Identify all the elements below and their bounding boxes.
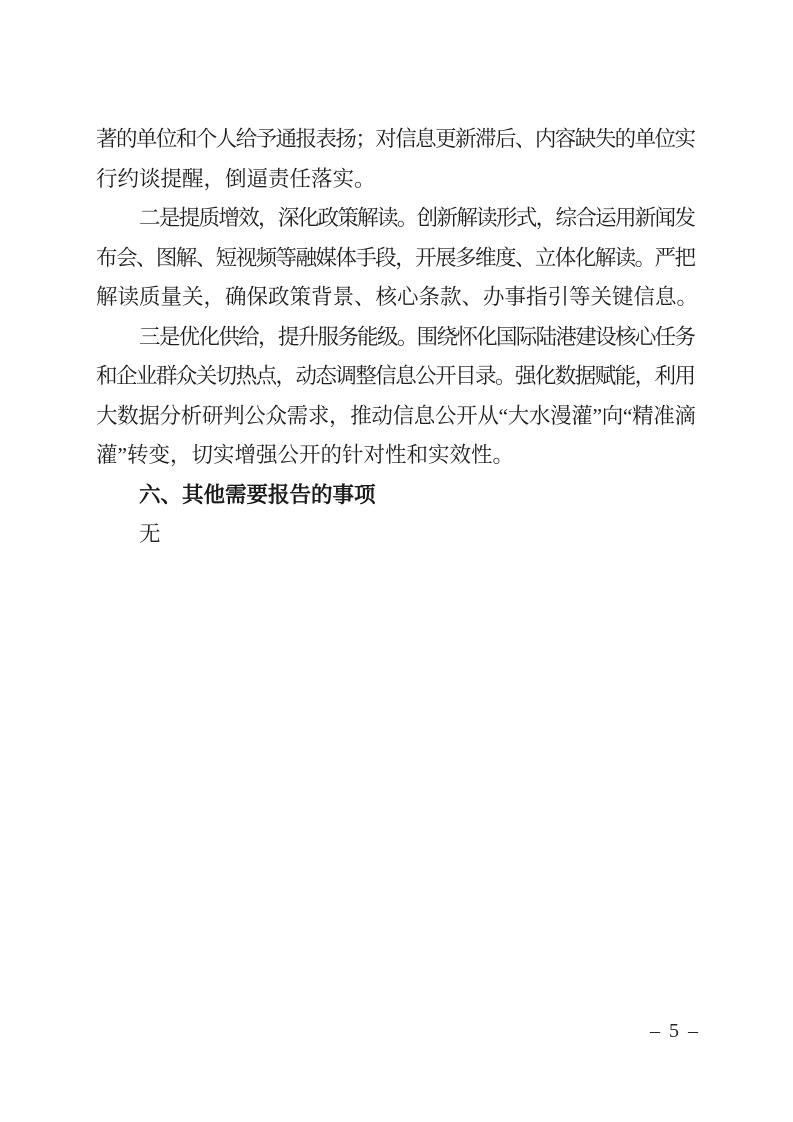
text-line: 布会、图解、短视频等融媒体手段，开展多维度、立体化解读。严把 bbox=[96, 239, 696, 279]
text-line: 著的单位和个人给予通报表扬；对信息更新滞后、内容缺失的单位实 bbox=[96, 120, 696, 160]
text-line: 二是提质增效，深化政策解读。创新解读形式，综合运用新闻发 bbox=[96, 199, 696, 239]
text-line: 灌”转变，切实增强公开的针对性和实效性。 bbox=[96, 436, 696, 476]
document-page: 著的单位和个人给予通报表扬；对信息更新滞后、内容缺失的单位实行约谈提醒，倒逼责任… bbox=[0, 0, 793, 1122]
text-line: 行约谈提醒，倒逼责任落实。 bbox=[96, 160, 696, 200]
text-line: 无 bbox=[96, 515, 696, 555]
text-line: 三是优化供给，提升服务能级。围绕怀化国际陆港建设核心任务 bbox=[96, 318, 696, 358]
text-line: 和企业群众关切热点，动态调整信息公开目录。强化数据赋能，利用 bbox=[96, 357, 696, 397]
section-heading: 六、其他需要报告的事项 bbox=[96, 476, 696, 516]
text-line: 解读质量关，确保政策背景、核心条款、办事指引等关键信息。 bbox=[96, 278, 696, 318]
document-body: 著的单位和个人给予通报表扬；对信息更新滞后、内容缺失的单位实行约谈提醒，倒逼责任… bbox=[96, 120, 696, 555]
text-line: 大数据分析研判公众需求，推动信息公开从“大水漫灌”向“精准滴 bbox=[96, 397, 696, 437]
page-number: – 5 – bbox=[650, 1019, 700, 1043]
